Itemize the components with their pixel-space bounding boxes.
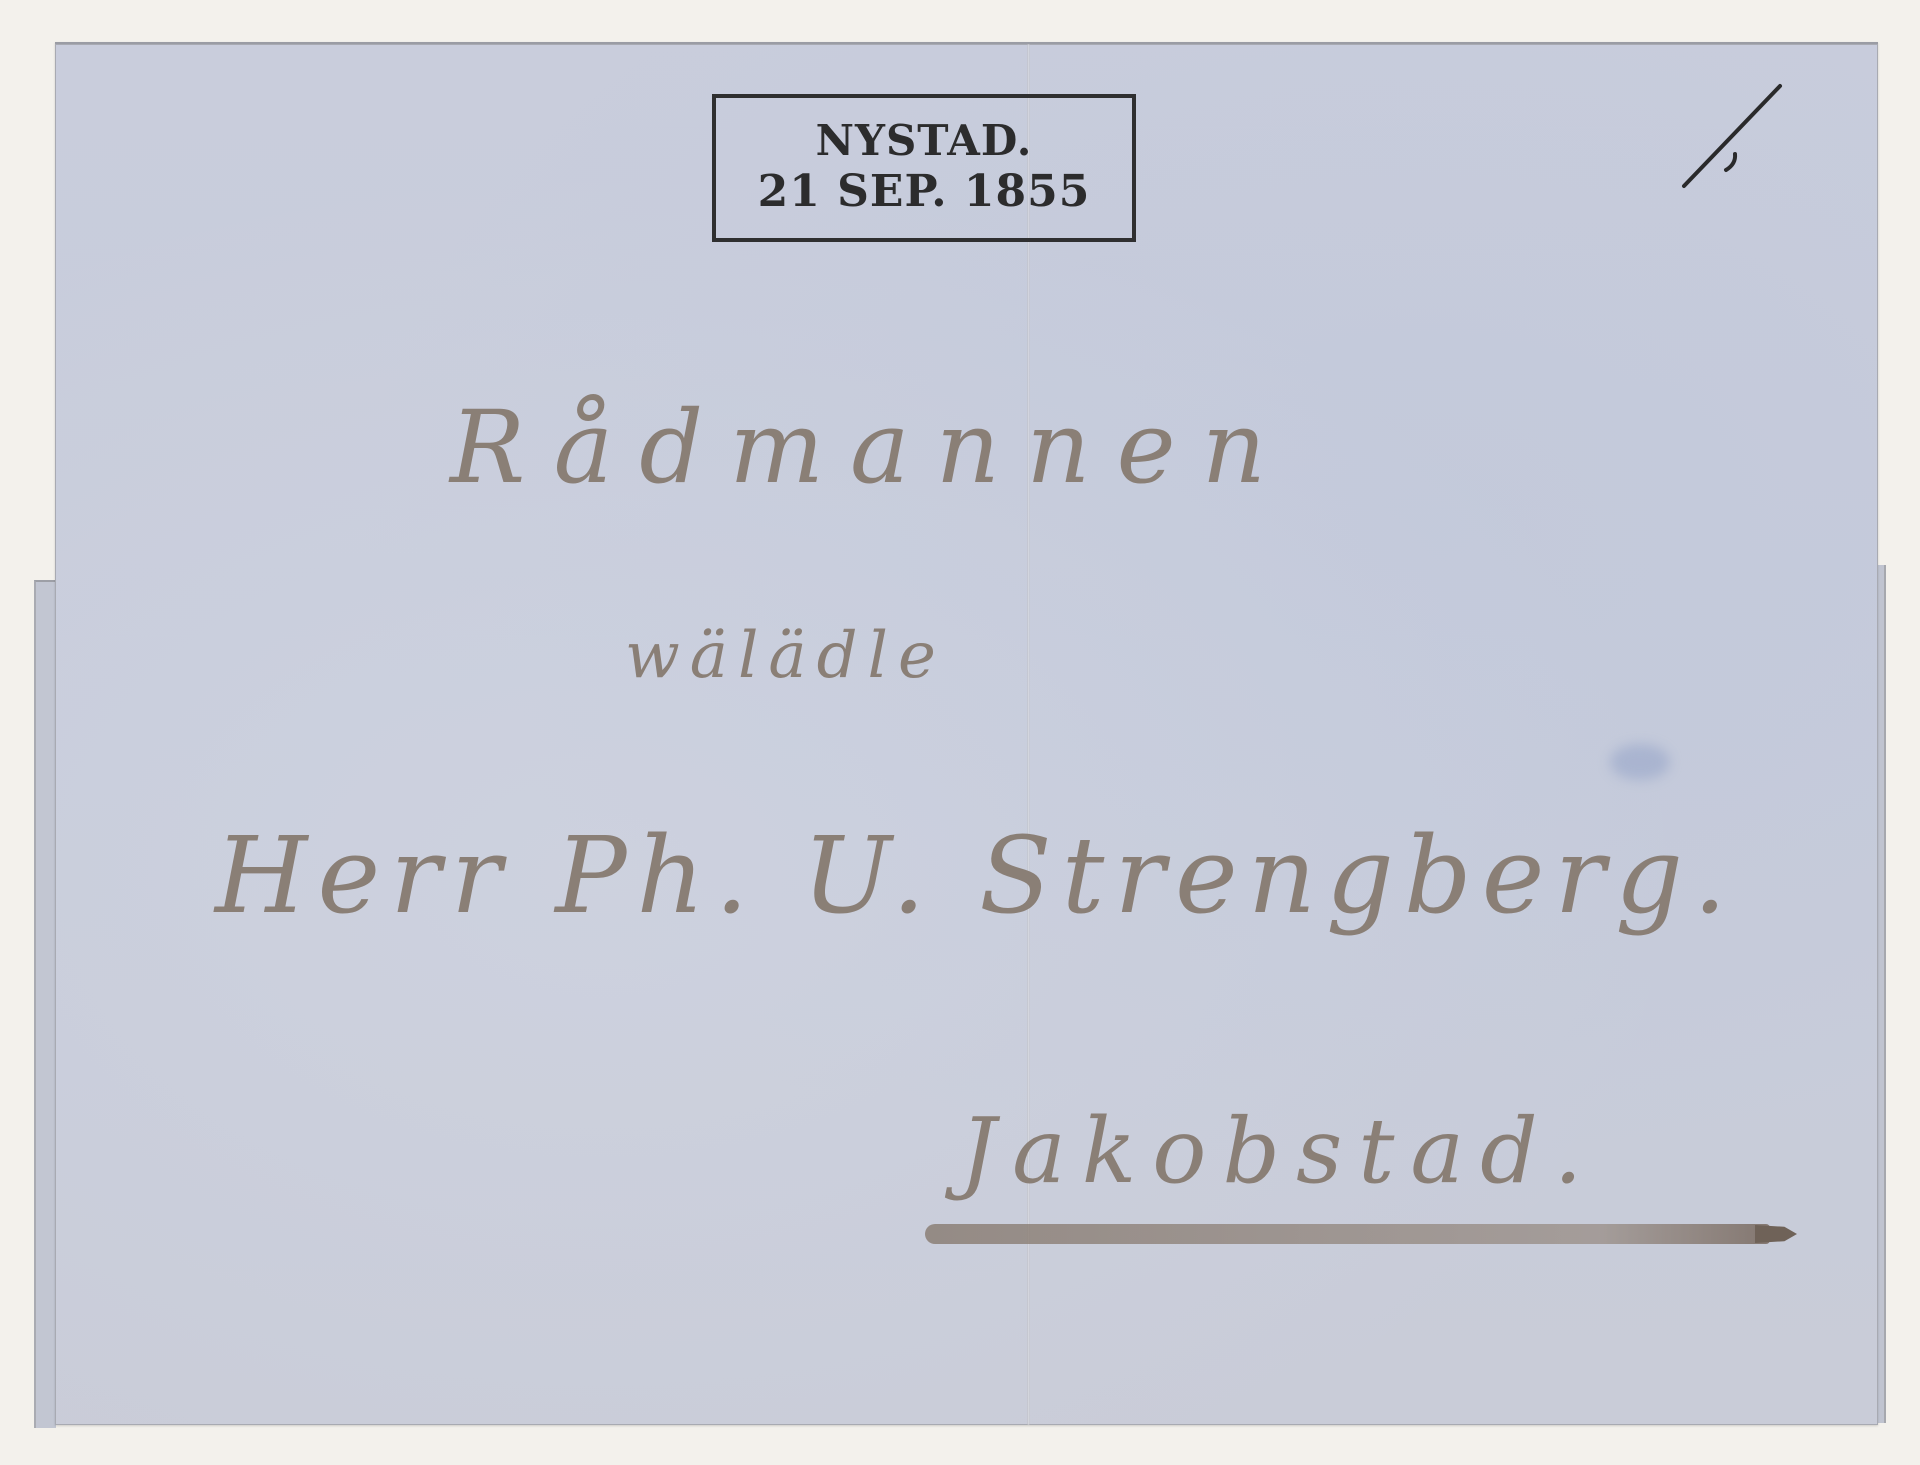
postmark-town: NYSTAD. <box>716 116 1132 165</box>
corner-rate-marking <box>1680 82 1790 192</box>
address-title: Rådmannen <box>450 389 1292 506</box>
address-honorific: wälädle <box>625 619 946 693</box>
postmark-stamp: NYSTAD. 21 SEP. 1855 <box>712 94 1136 242</box>
center-fold-line <box>1027 44 1030 1425</box>
letter-cover: NYSTAD. 21 SEP. 1855 Rådmannen wälädle H… <box>55 42 1878 1425</box>
address-name: Herr Ph. U. Strengberg. <box>215 814 1737 937</box>
city-underline <box>925 1224 1770 1244</box>
ink-stain <box>1610 744 1670 780</box>
address-city: Jakobstad. <box>960 1099 1598 1204</box>
left-paper-flap <box>34 580 56 1428</box>
underline-ink-end <box>1755 1225 1797 1243</box>
postmark-date: 21 SEP. 1855 <box>716 166 1132 217</box>
